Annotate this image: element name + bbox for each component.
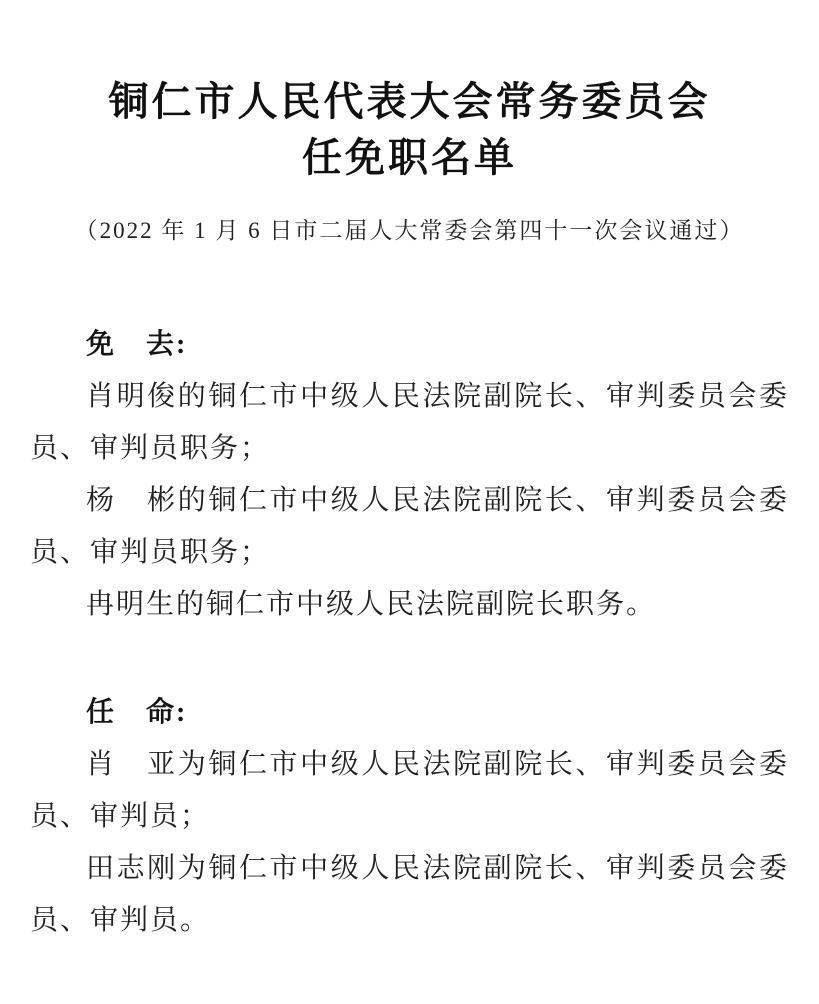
- appointment-paragraph-1: 肖 亚为铜仁市中级人民法院副院长、审判委员会委员、审判员；: [30, 739, 789, 843]
- document-title: 铜仁市人民代表大会常务委员会 任免职名单: [30, 74, 789, 186]
- document-title-line2: 任免职名单: [30, 130, 789, 186]
- document-title-line1: 铜仁市人民代表大会常务委员会: [30, 74, 789, 130]
- document-header: 铜仁市人民代表大会常务委员会 任免职名单 （2022 年 1 月 6 日市二届人…: [30, 74, 789, 249]
- dismissal-paragraph-2: 杨 彬的铜仁市中级人民法院副院长、审判委员会委员、审判员职务；: [30, 475, 789, 579]
- section-dismissals: 免 去: 肖明俊的铜仁市中级人民法院副院长、审判委员会委员、审判员职务； 杨 彬…: [30, 319, 789, 631]
- appointment-paragraph-2: 田志刚为铜仁市中级人民法院副院长、审判委员会委员、审判员。: [30, 843, 789, 947]
- section-dismissals-heading: 免 去:: [30, 319, 789, 371]
- dismissal-paragraph-3: 冉明生的铜仁市中级人民法院副院长职务。: [30, 579, 789, 631]
- document-subtitle: （2022 年 1 月 6 日市二届人大常委会第四十一次会议通过）: [30, 213, 789, 249]
- section-appointments-heading: 任 命:: [30, 687, 789, 739]
- dismissal-paragraph-1: 肖明俊的铜仁市中级人民法院副院长、审判委员会委员、审判员职务；: [30, 371, 789, 475]
- section-appointments: 任 命: 肖 亚为铜仁市中级人民法院副院长、审判委员会委员、审判员； 田志刚为铜…: [30, 687, 789, 947]
- document-page: 铜仁市人民代表大会常务委员会 任免职名单 （2022 年 1 月 6 日市二届人…: [0, 0, 819, 947]
